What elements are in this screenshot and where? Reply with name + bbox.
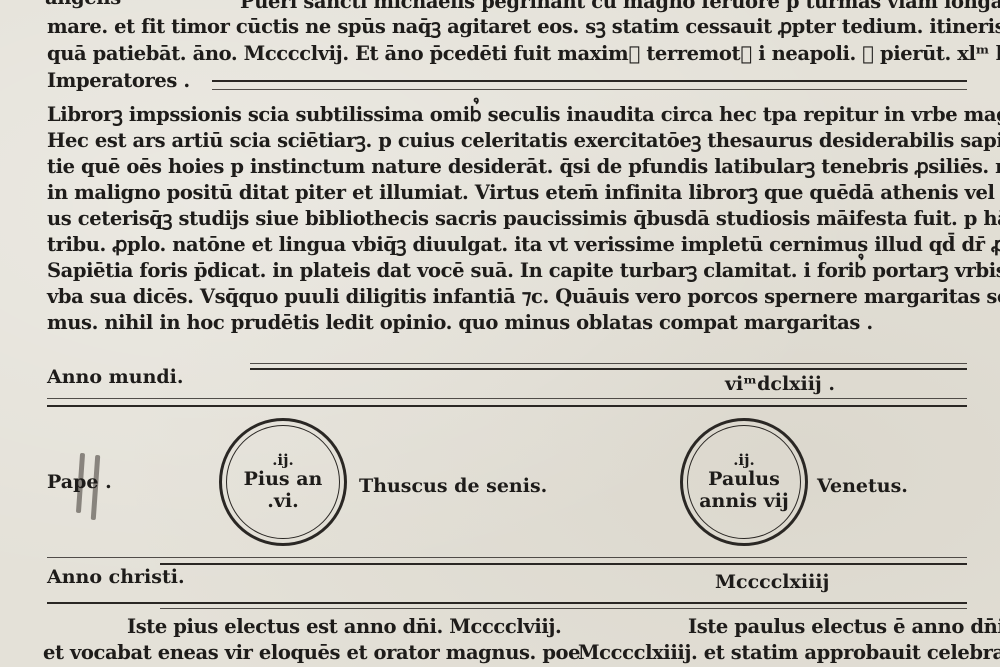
upper-text-line: mare. et fit timor cūctis ne spūs naq̄ꝫ … — [47, 17, 1000, 37]
anno-mundi-label: Anno mundi. — [47, 368, 184, 387]
bottom-right-line: Iste paulus electus ē anno dn̄i. — [688, 617, 1000, 637]
main-text-line: Librorꝫ impssionis scia subtilissima omi… — [47, 105, 1000, 125]
roundel-ordinal: .ij. — [244, 452, 323, 469]
pape-label: Pape . — [47, 473, 112, 492]
divider-rule — [47, 557, 967, 558]
divider-rule — [212, 80, 967, 82]
divider-rule — [212, 89, 967, 90]
anno-mundi-value: viᵐdclxiij . — [725, 375, 835, 394]
divider-rule — [250, 368, 967, 370]
pope-name: Pius an — [244, 469, 323, 491]
pope-years: .vi. — [244, 491, 323, 513]
anno-christi-label: Anno christi. — [47, 568, 185, 587]
bottom-left-line: Iste pius electus est anno dn̄i. Mcccclv… — [127, 617, 561, 637]
pope-years: annis vij — [699, 491, 789, 513]
divider-rule — [250, 363, 967, 364]
top-fragment-right: Pueri sancti michaelis pegrinant cu magn… — [240, 0, 1000, 12]
main-text-line: us ceterisq̄ꝫ studijs siue bibliothecis … — [47, 209, 1000, 229]
upper-text-line: Imperatores . — [47, 71, 190, 91]
main-text-line: mus. nihil in hoc prudētis ledit opinio.… — [47, 313, 873, 333]
top-fragment-left: angelis — [45, 0, 121, 8]
pope-origin: Venetus. — [817, 477, 908, 496]
upper-text-line: quā patiebāt. āno. Mcccclvij. Et āno p̄c… — [47, 44, 1000, 64]
bottom-left-line: et vocabat eneas vir eloquēs et orator m… — [43, 643, 580, 663]
main-text-line: Sapiētia foris p̄dicat. in plateis dat v… — [47, 261, 1000, 281]
anno-christi-value: Mcccclxiiij — [715, 573, 829, 592]
main-text-line: tie quē oēs hoies p instinctum nature de… — [47, 157, 1000, 177]
divider-rule — [47, 405, 967, 407]
main-text-line: tribu. ꝓplo. natōne et lingua vbiq̄ꝫ diu… — [47, 235, 1000, 255]
divider-rule — [47, 602, 967, 604]
roundel-ordinal: .ij. — [699, 452, 789, 469]
pope-name: Paulus — [699, 469, 789, 491]
main-text-line: vba sua dicēs. Vsq̄quo puuli diligitis i… — [47, 287, 1000, 307]
divider-rule — [160, 563, 967, 565]
pope-roundel-paulus: .ij. Paulus annis vij — [680, 418, 808, 546]
pope-origin: Thuscus de senis. — [359, 477, 547, 496]
main-text-line: in maligno positū ditat piter et illumia… — [47, 183, 1000, 203]
chronicle-page: angelis Pueri sancti michaelis pegrinant… — [0, 0, 1000, 667]
pope-roundel-pius: .ij. Pius an .vi. — [219, 418, 347, 546]
divider-rule — [47, 398, 967, 399]
bottom-right-line: Mcccclxiiij. et statim approbauit celebr… — [578, 643, 1000, 663]
main-text-line: Hec est ars artiū scia sciētiarꝫ. p cuiu… — [47, 131, 1000, 151]
divider-rule — [160, 608, 967, 609]
